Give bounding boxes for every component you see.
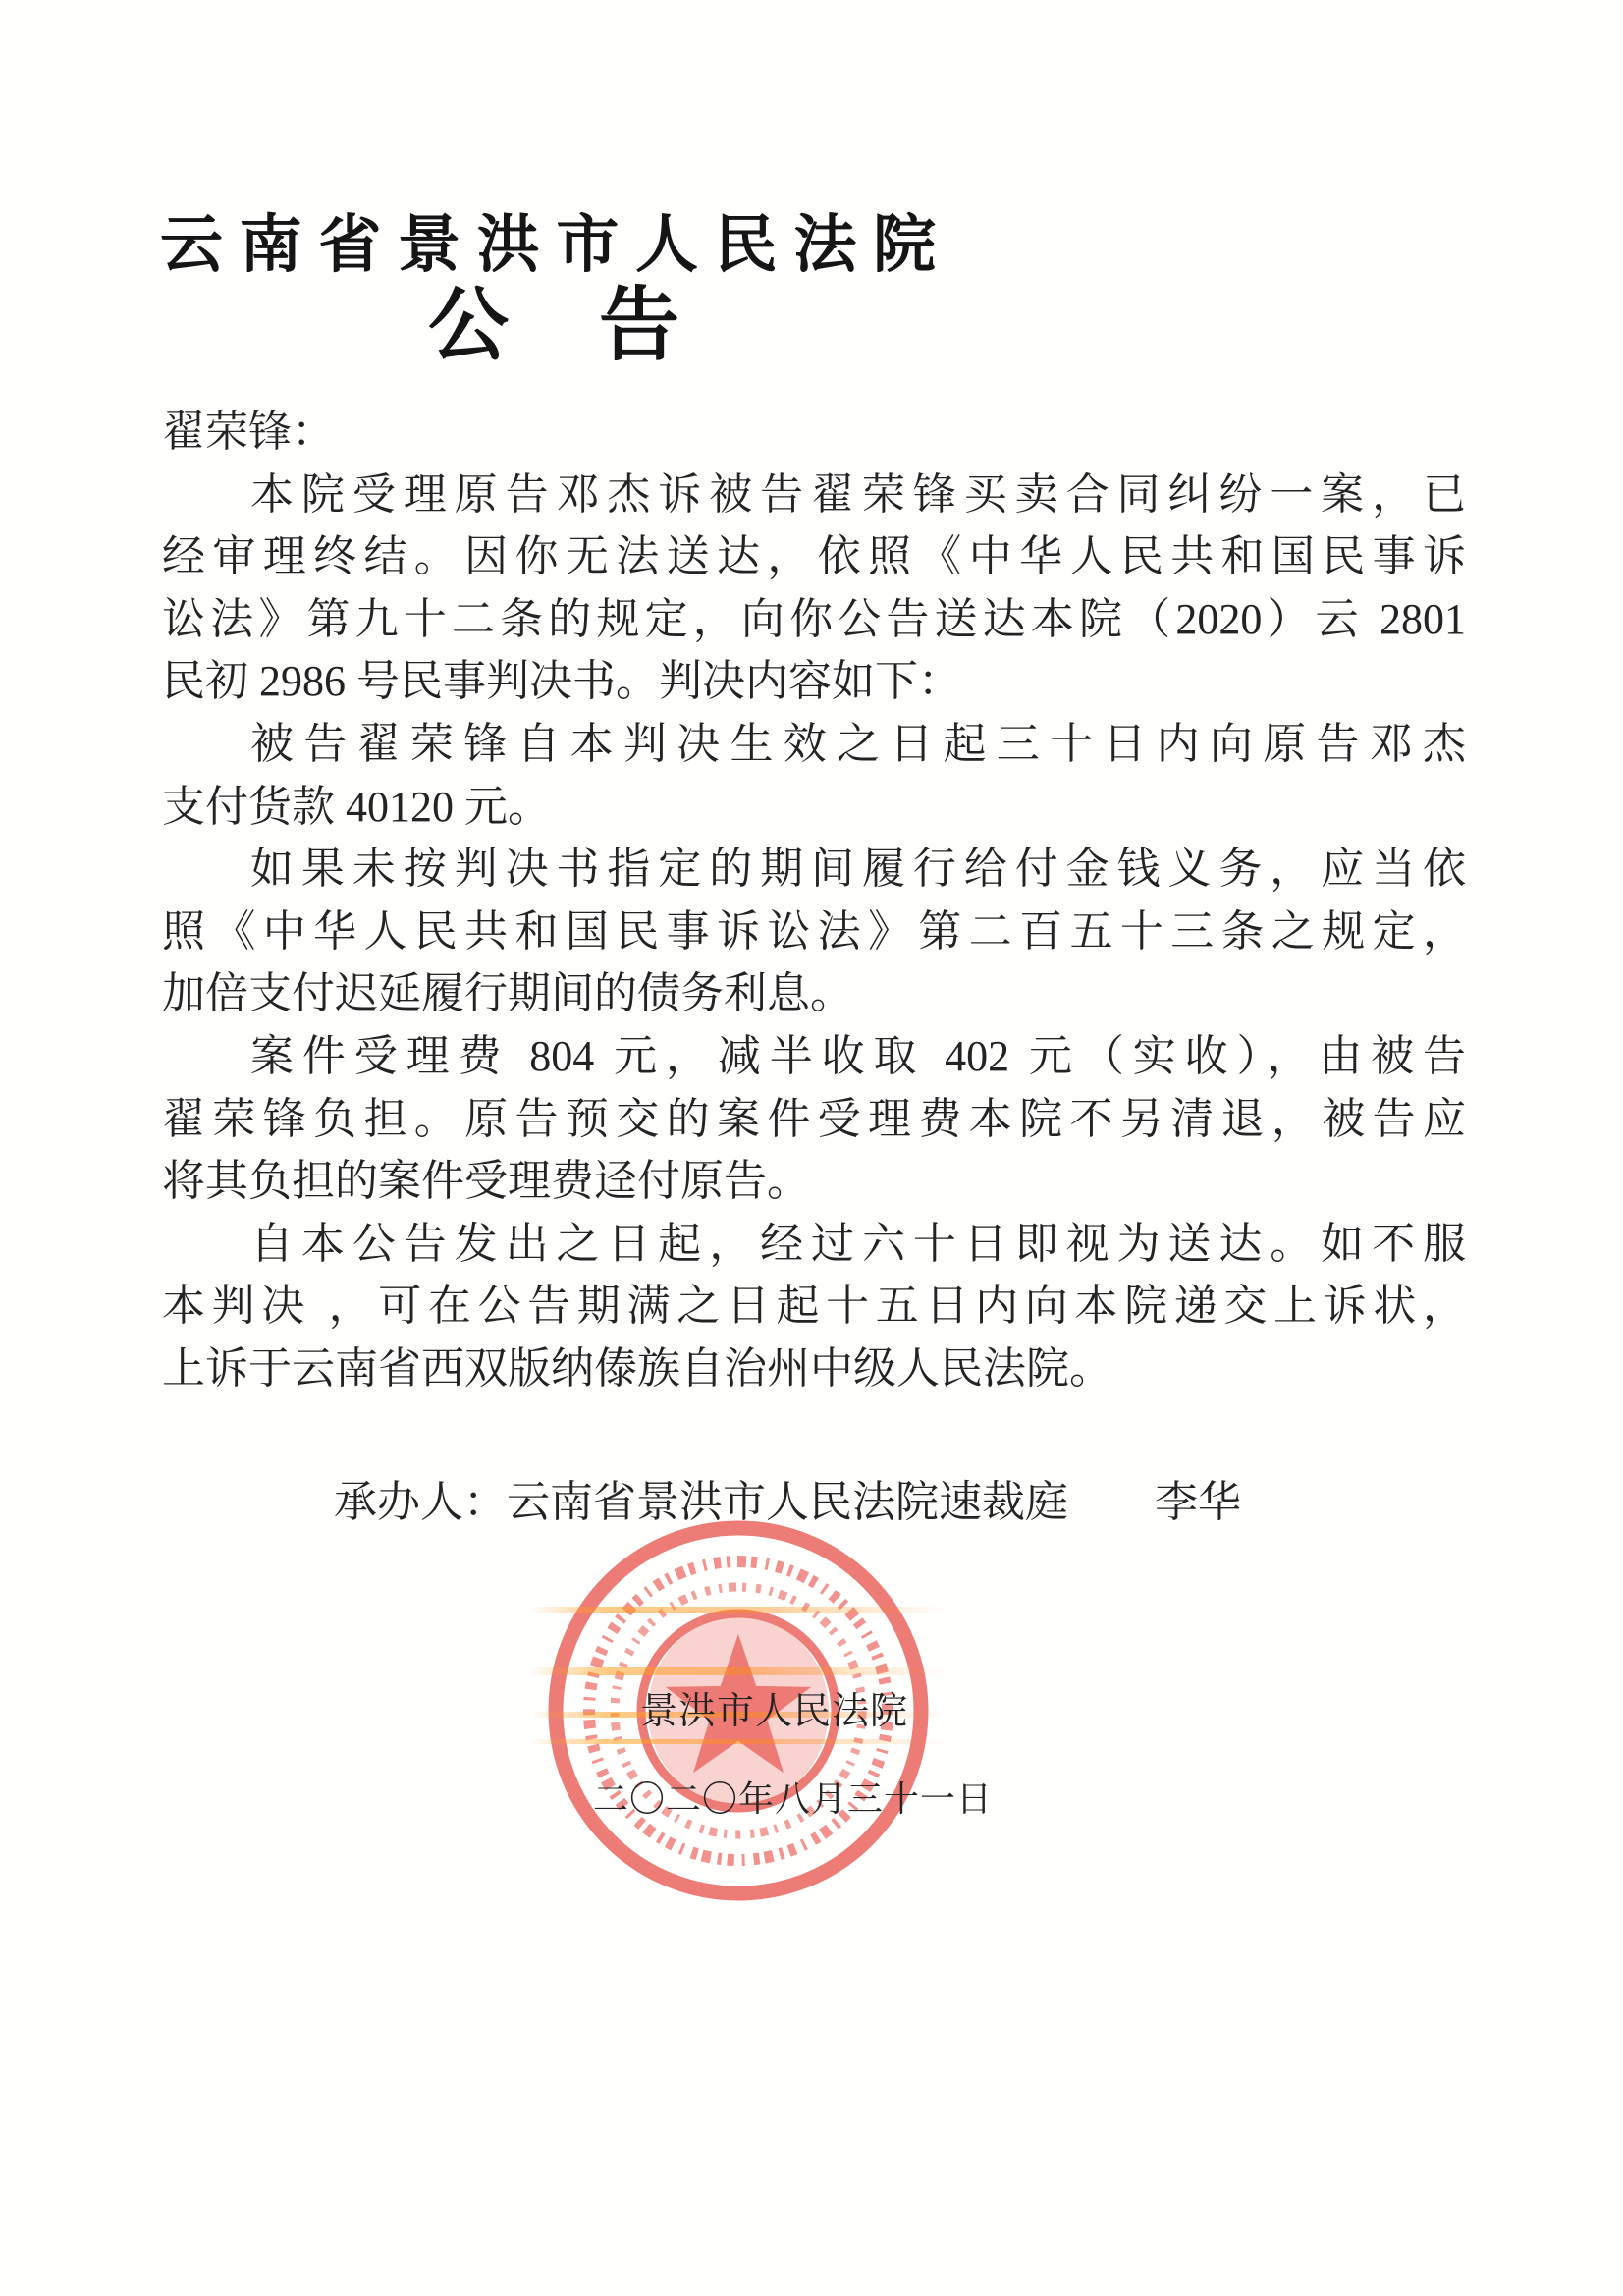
undertaker-name: 李华 bbox=[1155, 1478, 1241, 1526]
body-line: 照《中华人民共和国民事诉讼法》第二百五十三条之规定， bbox=[162, 901, 1466, 963]
body-line: 案件受理费 804 元，减半收取 402 元（实收），由被告 bbox=[162, 1025, 1466, 1088]
court-title: 云南省景洪市人民法院 bbox=[160, 209, 936, 280]
doc-type-title: 公告 bbox=[428, 281, 679, 371]
body-line: 如果未按判决书指定的期间履行给付金钱义务，应当依 bbox=[162, 838, 1466, 901]
body-lines: 翟荣锋：本院受理原告邓杰诉被告翟荣锋买卖合同纠纷一案，已经审理终结。因你无法送达… bbox=[162, 401, 1466, 1400]
body-line: 将其负担的案件受理费迳付原告。 bbox=[162, 1150, 1466, 1213]
body-line: 自本公告发出之日起，经过六十日即视为送达。如不服 bbox=[162, 1213, 1466, 1276]
signature-court-name: 景洪市人民法院 bbox=[640, 1687, 908, 1736]
body-line: 本院受理原告邓杰诉被告翟荣锋买卖合同纠纷一案，已 bbox=[162, 464, 1466, 526]
body-line: 民初 2986 号民事判决书。判决内容如下： bbox=[162, 650, 1466, 713]
body-line: 支付货款 40120 元。 bbox=[162, 776, 1466, 839]
body-line: 被告翟荣锋自本判决生效之日起三十日内向原告邓杰 bbox=[162, 713, 1466, 776]
body-line: 翟荣锋负担。原告预交的案件受理费本院不另清退，被告应 bbox=[162, 1088, 1466, 1151]
body-line: 讼法》第九十二条的规定，向你公告送达本院（2020）云 2801 bbox=[162, 588, 1466, 651]
announcement-page: 云南省景洪市人民法院 公告 翟荣锋：本院受理原告邓杰诉被告翟荣锋买卖合同纠纷一案… bbox=[0, 0, 1623, 2296]
body-line: 加倍支付迟延履行期间的债务利息。 bbox=[162, 962, 1466, 1025]
body-line: 上诉于云南省西双版纳傣族自治州中级人民法院。 bbox=[162, 1338, 1466, 1400]
body-line: 经审理终结。因你无法送达，依照《中华人民共和国民事诉 bbox=[162, 525, 1466, 588]
signature-date: 二〇二〇年八月三十一日 bbox=[593, 1776, 993, 1823]
body-line: 翟荣锋： bbox=[162, 401, 1466, 464]
body-line: 本判决 ，可在公告期满之日起十五日内向本院递交上诉状， bbox=[162, 1275, 1466, 1338]
